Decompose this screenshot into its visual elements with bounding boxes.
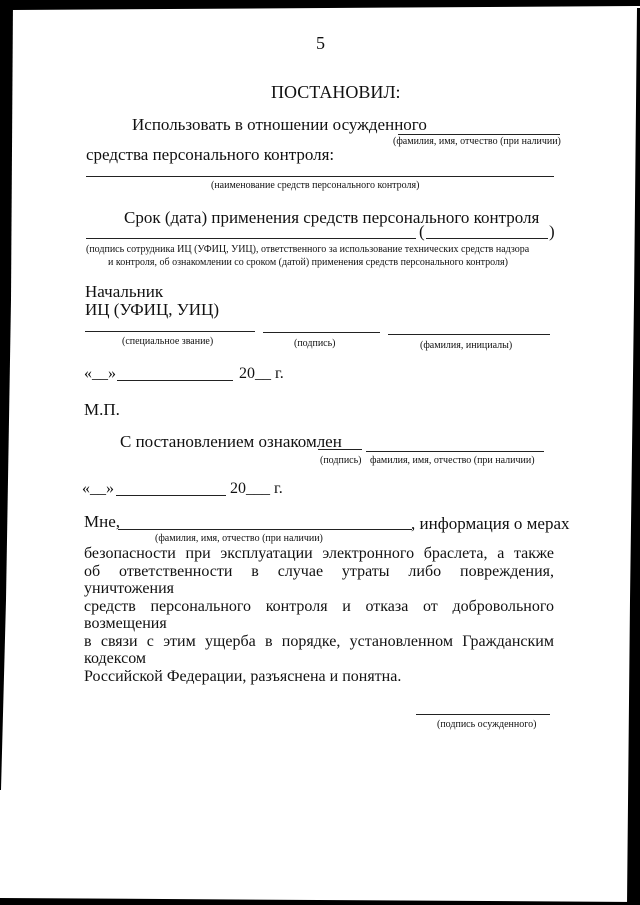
convict-signature-field[interactable] bbox=[416, 714, 550, 715]
ack-name-hint: фамилия, имя, отчество (при наличии) bbox=[370, 455, 535, 466]
ack-text: С постановлением ознакомлен bbox=[120, 432, 342, 452]
ack-date-day[interactable]: «__» bbox=[82, 480, 114, 498]
device-name-field[interactable] bbox=[86, 176, 554, 177]
chief-signature-field[interactable] bbox=[263, 332, 380, 333]
ack-signature-field[interactable] bbox=[318, 449, 362, 450]
page-number: 5 bbox=[316, 33, 325, 54]
paren-close: ) bbox=[549, 222, 555, 242]
info-line: об ответственности в случае утраты либо … bbox=[84, 563, 554, 598]
info-body: безопасности при эксплуатации электронно… bbox=[84, 545, 554, 685]
info-suffix: , информация о мерах bbox=[411, 514, 570, 534]
chief-title-line2: ИЦ (УФИЦ, УИЦ) bbox=[85, 300, 219, 320]
info-line: Российской Федерации, разъяснена и понят… bbox=[84, 668, 554, 686]
ack-date-month-field[interactable] bbox=[116, 495, 226, 496]
chief-title-line1: Начальник bbox=[85, 282, 163, 302]
term-date-field[interactable] bbox=[426, 238, 548, 239]
info-line: в связи с этим ущерба в порядке, установ… bbox=[84, 633, 554, 668]
term-hint-line2: и контроля, об ознакомлении со сроком (д… bbox=[108, 257, 508, 268]
info-line: безопасности при эксплуатации электронно… bbox=[84, 545, 554, 563]
ack-name-field[interactable] bbox=[366, 451, 544, 452]
chief-date-year[interactable]: 20__ г. bbox=[239, 365, 284, 383]
term-hint-line1: (подпись сотрудника ИЦ (УФИЦ, УИЦ), отве… bbox=[86, 244, 529, 255]
chief-name-hint: (фамилия, инициалы) bbox=[420, 340, 512, 351]
info-name-field[interactable] bbox=[118, 529, 412, 530]
paren-open: ( bbox=[419, 222, 425, 242]
term-text: Срок (дата) применения средств персональ… bbox=[124, 208, 539, 228]
ack-signature-hint: (подпись) bbox=[320, 455, 362, 466]
convict-signature-hint: (подпись осужденного) bbox=[437, 719, 536, 730]
info-name-hint: (фамилия, имя, отчество (при наличии) bbox=[155, 533, 323, 544]
stamp-label: М.П. bbox=[84, 400, 120, 420]
chief-date-day[interactable]: «__» bbox=[84, 365, 116, 383]
use-text: Использовать в отношении осужденного bbox=[132, 115, 427, 135]
employee-signature-field[interactable] bbox=[86, 238, 416, 239]
ack-date-year[interactable]: 20___ г. bbox=[230, 480, 283, 498]
convict-name-field[interactable] bbox=[398, 134, 560, 135]
device-name-hint: (наименование средств персонального конт… bbox=[211, 180, 419, 191]
convict-name-hint: (фамилия, имя, отчество (при наличии) bbox=[393, 136, 561, 147]
info-line: средств персонального контроля и отказа … bbox=[84, 598, 554, 633]
device-label: средства персонального контроля: bbox=[86, 145, 334, 165]
chief-rank-hint: (специальное звание) bbox=[122, 336, 213, 347]
chief-rank-field[interactable] bbox=[85, 331, 255, 332]
info-prefix: Мне, bbox=[84, 512, 120, 532]
chief-date-month-field[interactable] bbox=[117, 380, 233, 381]
chief-signature-hint: (подпись) bbox=[294, 338, 336, 349]
chief-name-field[interactable] bbox=[388, 334, 550, 335]
page-heading: ПОСТАНОВИЛ: bbox=[271, 82, 401, 103]
